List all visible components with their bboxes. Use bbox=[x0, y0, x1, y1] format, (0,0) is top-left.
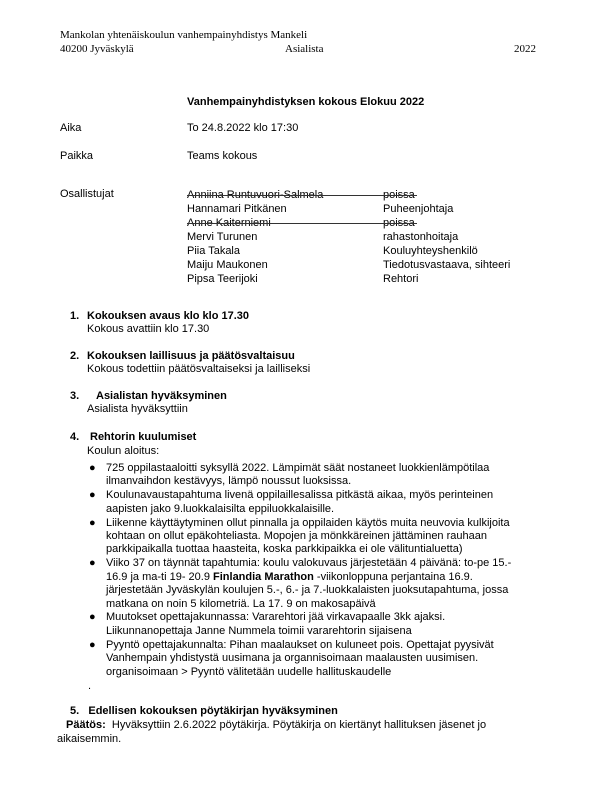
agenda-body: Asialista hyväksyttiin bbox=[87, 403, 188, 416]
participant-row: Piia Takala Kouluyhteyshenkilö bbox=[187, 244, 487, 258]
participant-role: rahastonhoitaja bbox=[383, 230, 458, 244]
agenda-heading: Rehtorin kuulumiset bbox=[90, 431, 196, 444]
bullet-line: Koulunavaustapahtuma livenä oppilaillesa… bbox=[106, 489, 568, 502]
bullet-line: Liikenne käyttäytyminen ollut pinnalla j… bbox=[106, 517, 568, 530]
bullet-line: 16.9 ja ma-ti 19- 20.9 Finlandia Maratho… bbox=[106, 571, 568, 584]
participants-list: Anniina Runtuvuori-Salmela poissa Hannam… bbox=[187, 188, 487, 286]
agenda-number: 5. bbox=[70, 705, 79, 717]
decision-line: Päätös: Hyväksyttiin 2.6.2022 pöytäkirja… bbox=[66, 719, 486, 732]
participant-role: Tiedotusvastaava, sihteeri bbox=[383, 258, 510, 272]
participant-row: Mervi Turunen rahastonhoitaja bbox=[187, 230, 487, 244]
trailing-mark: . bbox=[88, 680, 91, 693]
decision-continuation: aikaisemmin. bbox=[57, 733, 121, 746]
page-title: Vanhempainyhdistyksen kokous Elokuu 2022 bbox=[187, 96, 424, 109]
agenda-number: 2. bbox=[70, 350, 79, 363]
bullet-line: ilmanvaihdon kestävyys, lämpö noussut lu… bbox=[106, 475, 568, 488]
bullet-line: Viiko 37 on täynnät tapahtumia: koulu va… bbox=[106, 557, 568, 570]
bullet-item: ● Liikenne käyttäytyminen ollut pinnalla… bbox=[88, 517, 568, 557]
bullet-item: ● Muutokset opettajakunnassa: Vararehtor… bbox=[88, 611, 568, 638]
participant-row: Anniina Runtuvuori-Salmela poissa bbox=[187, 188, 487, 202]
participant-row: Maiju Maukonen Tiedotusvastaava, sihteer… bbox=[187, 258, 487, 272]
document-type: Asialista bbox=[285, 43, 324, 56]
decision-label: Päätös: bbox=[66, 719, 106, 731]
participant-row: Pipsa Teerijoki Rehtori bbox=[187, 272, 487, 286]
place-value: Teams kokous bbox=[187, 150, 257, 163]
agenda-body: Kokous todettiin päätösvaltaiseksi ja la… bbox=[87, 363, 310, 376]
bullet-item: ● Viiko 37 on täynnät tapahtumia: koulu … bbox=[88, 557, 568, 611]
agenda-heading: Kokouksen avaus klo klo 17.30 bbox=[87, 310, 249, 323]
bullet-line: Liikunnanopettaja Janne Nummela toimii v… bbox=[106, 625, 568, 638]
bullet-item: ● Koulunavaustapahtuma livenä oppilaille… bbox=[88, 489, 568, 516]
bullet-icon: ● bbox=[89, 489, 96, 502]
organization-name: Mankolan yhtenäiskoulun vanhempainyhdist… bbox=[60, 29, 307, 42]
participant-role: Puheenjohtaja bbox=[383, 202, 453, 216]
bullet-line: kohtaan on ollut epäkohteliasta. Mopojen… bbox=[106, 530, 568, 543]
bullet-text: 16.9 ja ma-ti 19- 20.9 bbox=[106, 571, 213, 583]
agenda-heading: Edellisen kokouksen pöytäkirjan hyväksym… bbox=[88, 705, 337, 717]
bullet-icon: ● bbox=[89, 517, 96, 530]
place-label: Paikka bbox=[60, 150, 93, 163]
bullet-line: 725 oppilastaaloitti syksyllä 2022. Lämp… bbox=[106, 462, 568, 475]
participant-name: Anniina Runtuvuori-Salmela bbox=[187, 188, 323, 202]
organization-city: 40200 Jyväskylä bbox=[60, 43, 134, 56]
event-name: Finlandia Marathon bbox=[213, 571, 314, 583]
bullet-line: matkana on noin 5 kilometriä. La 17. 9 o… bbox=[106, 598, 568, 611]
time-value: To 24.8.2022 klo 17:30 bbox=[187, 122, 298, 135]
bullet-line: organisoimaan > Pyyntö välitetään uudell… bbox=[106, 666, 568, 679]
participant-row: Hannamari Pitkänen Puheenjohtaja bbox=[187, 202, 487, 216]
agenda-body: Koulun aloitus: bbox=[87, 445, 159, 458]
bullet-item: ● Pyyntö opettajakunnalta: Pihan maalauk… bbox=[88, 639, 568, 679]
bullet-icon: ● bbox=[89, 462, 96, 475]
participant-name: Hannamari Pitkänen bbox=[187, 202, 287, 216]
bullet-line: järjestetään Jyväskylän koulujen 5.-, 6.… bbox=[106, 584, 568, 597]
participants-label: Osallistujat bbox=[60, 188, 114, 201]
bullet-item: ● 725 oppilastaaloitti syksyllä 2022. Lä… bbox=[88, 462, 568, 489]
agenda-number: 1. bbox=[70, 310, 79, 323]
agenda-body: Kokous avattiin klo 17.30 bbox=[87, 323, 209, 336]
bullet-line: Vanhempain yhdistystä uusimana ja organn… bbox=[106, 652, 568, 665]
participant-role: Rehtori bbox=[383, 272, 418, 286]
bullet-icon: ● bbox=[89, 611, 96, 624]
bullet-line: parkkipaikalla tuottaa haasteita, koska … bbox=[106, 543, 568, 556]
bullet-line: Muutokset opettajakunnassa: Vararehtori … bbox=[106, 611, 568, 624]
participant-name: Piia Takala bbox=[187, 244, 240, 258]
participant-name: Pipsa Teerijoki bbox=[187, 272, 258, 286]
bullet-line: Pyyntö opettajakunnalta: Pihan maalaukse… bbox=[106, 639, 568, 652]
participant-role: Kouluyhteyshenkilö bbox=[383, 244, 478, 258]
time-label: Aika bbox=[60, 122, 81, 135]
participant-row: Anne Kaiterniemi poissa bbox=[187, 216, 487, 230]
participant-role: poissa bbox=[383, 216, 415, 230]
participant-name: Maiju Maukonen bbox=[187, 258, 268, 272]
participant-name: Mervi Turunen bbox=[187, 230, 257, 244]
participant-role: poissa bbox=[383, 188, 415, 202]
document-year: 2022 bbox=[514, 43, 536, 56]
rehtori-bullet-list: ● 725 oppilastaaloitti syksyllä 2022. Lä… bbox=[88, 462, 568, 680]
agenda-number: 4. bbox=[70, 431, 79, 444]
bullet-icon: ● bbox=[89, 639, 96, 652]
agenda-number: 3. bbox=[70, 390, 79, 403]
bullet-icon: ● bbox=[89, 557, 96, 570]
agenda-heading: Asialistan hyväksyminen bbox=[96, 390, 227, 403]
bullet-text: -viikonloppuna perjantaina 16.9. bbox=[314, 571, 473, 583]
agenda-item-5: 5. Edellisen kokouksen pöytäkirjan hyväk… bbox=[70, 705, 338, 718]
decision-text: Hyväksyttiin 2.6.2022 pöytäkirja. Pöytäk… bbox=[112, 719, 486, 731]
bullet-line: aapisten jako 9.luokkalaisilta eppiluokk… bbox=[106, 503, 568, 516]
participant-name: Anne Kaiterniemi bbox=[187, 216, 271, 230]
agenda-heading: Kokouksen laillisuus ja päätösvaltaisuu bbox=[87, 350, 295, 363]
